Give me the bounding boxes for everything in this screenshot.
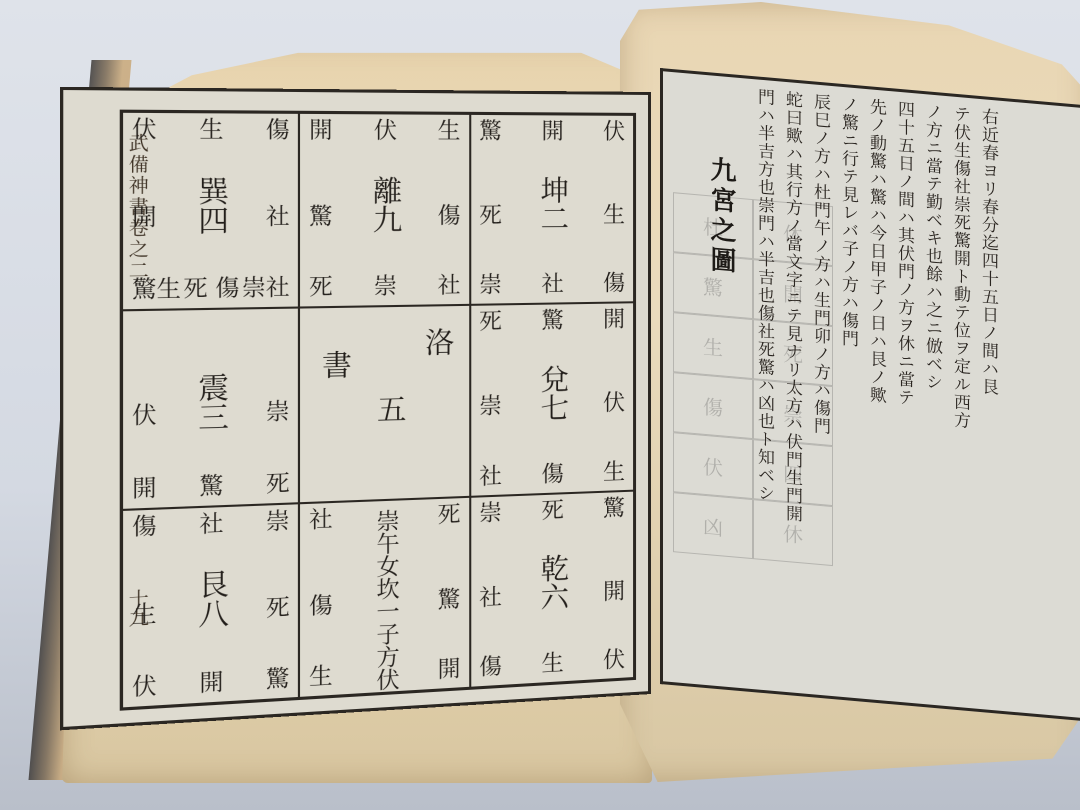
text-column: 蛇曰歟ハ其行方ノ當文字ニテ見ナリ太方ハ伏門生門開: [781, 90, 803, 682]
cell-char: 社: [309, 509, 333, 533]
cell-char: 驚: [309, 206, 333, 229]
cell-char: 傷: [266, 120, 290, 143]
palace-center: 洛 書 五: [299, 305, 470, 503]
cell-char: 開: [603, 310, 625, 332]
cell-char: 驚: [266, 668, 290, 692]
palace-qian: 崇 死 驚 社 開 乾六 傷 生 伏: [470, 490, 634, 687]
trigram-label: 乾六: [538, 553, 566, 611]
open-book: 武備神書卷之二 十九 伏 生 傷 開 社 巽四 驚生 死 傷 崇社 開 伏 生 …: [0, 0, 1080, 810]
cell-char: 驚: [199, 475, 223, 499]
ghost-char: 凶: [673, 492, 753, 559]
cell-char: 伏: [603, 393, 625, 416]
cell-char: 崇: [374, 276, 397, 299]
cell-char: 崇: [479, 275, 502, 298]
cell-char: 傷: [132, 516, 157, 540]
cell-char: 傷: [603, 274, 625, 296]
cell-char: 死: [479, 206, 502, 229]
palace-li: 開 伏 生 驚 傷 離九 死 崇 社: [299, 113, 470, 308]
cell-char: 伏: [132, 405, 157, 429]
cell-char: 驚: [438, 589, 461, 613]
text-column: 右近春ヨリ春分迄四十五日ノ間ハ艮: [977, 107, 999, 699]
cell-char: 生: [199, 120, 223, 143]
ghost-char: 傷: [673, 372, 753, 439]
cell-char: 死: [266, 473, 290, 497]
cell-char: 崇社: [242, 278, 290, 302]
cell-char: 驚生: [132, 279, 181, 303]
trigram-label: 坤二: [538, 175, 566, 232]
cell-char: 崇: [266, 402, 290, 426]
palace-kun: 驚 開 伏 死 生 坤二 崇 社 傷: [470, 114, 634, 305]
cell-char: 死: [309, 277, 333, 300]
trigram-label: 兌七: [538, 364, 566, 421]
cell-char: 社: [542, 274, 564, 297]
shu-label: 書: [322, 343, 352, 385]
cell-char: 伏: [603, 122, 625, 144]
cell-char: 社: [479, 587, 502, 611]
cell-char: 生: [603, 205, 625, 227]
text-column: ノ方ニ當テ勤ベキ也餘ハ之ニ倣ベシ: [921, 102, 943, 694]
cell-char: 驚: [479, 121, 502, 144]
cell-char: 驚: [603, 498, 625, 521]
cell-char: 開: [542, 121, 564, 143]
cell-char: 生: [309, 666, 333, 690]
five-label: 五: [377, 387, 407, 429]
cell-char: 傷: [438, 206, 461, 229]
cell-char: 社: [438, 276, 461, 299]
palace-kan: 社 死 傷 驚 崇午女坎一子方伏 生 開: [299, 496, 470, 697]
cell-char: 生: [438, 121, 461, 144]
cell-char: 開: [199, 672, 223, 697]
palace-dui: 死 驚 開 崇 伏 兌七 社 傷 生: [470, 303, 634, 497]
nine-palace-diagram-panel: 武備神書卷之二 十九 伏 生 傷 開 社 巽四 驚生 死 傷 崇社 開 伏 生 …: [60, 87, 651, 731]
cell-char: 生: [132, 603, 157, 628]
trigram-label: 震三: [196, 372, 227, 432]
text-column: 辰巳ノ方ハ杜門午ノ方ハ生門卯ノ方ハ傷門: [809, 92, 831, 684]
palace-zhen: 伏 崇 震三 開 驚 死: [122, 308, 299, 510]
text-column: 先ノ動驚ハ驚ハ今日甲子ノ日ハ艮ノ歟: [865, 97, 887, 689]
commentary-panel: 杜 休 驚 開 生 死 傷 崇 伏 四 凶 休 九宮之圖 右近春ヨリ春分迄四十五…: [660, 68, 1080, 721]
cell-char: 死: [479, 312, 502, 335]
nine-palace-grid: 伏 生 傷 開 社 巽四 驚生 死 傷 崇社 開 伏 生 驚 傷 離九 死 崇 …: [120, 110, 636, 711]
cell-char: 死 傷: [183, 278, 239, 302]
cell-char: 開: [132, 478, 157, 502]
kan-center-column: 崇午女坎一子方伏: [374, 508, 397, 691]
ghost-char: 生: [673, 312, 753, 379]
text-column: 門ハ半吉方也崇門ハ半吉也傷社死驚ハ凶也ト知ベシ: [753, 87, 775, 679]
luo-label: 洛: [425, 321, 454, 363]
cell-char: 伏: [603, 649, 625, 672]
cell-char: 崇: [266, 511, 290, 535]
cell-char: 死: [438, 504, 461, 527]
text-column: ノ驚ニ行テ見レバ子ノ方ハ傷門: [837, 94, 859, 686]
cell-char: 傷: [479, 656, 502, 680]
cell-char: 社: [199, 513, 223, 537]
cell-char: 開: [132, 207, 157, 230]
cell-char: 社: [266, 207, 290, 230]
text-column: 四十五日ノ間ハ其伏門ノ方ヲ休ニ當テ: [893, 99, 915, 691]
diagram-title: 九宮之圖: [703, 155, 740, 278]
cell-char: 死: [542, 500, 564, 523]
cell-char: 傷: [309, 595, 333, 619]
trigram-label: 巽四: [196, 175, 227, 234]
cell-char: 死: [266, 597, 290, 621]
cell-char: 開: [603, 581, 625, 604]
text-column: テ伏生傷社崇死驚開ト動テ位ヲ定ル西方: [949, 104, 971, 696]
palace-gen: 傷 社 崇 生 死 艮八 伏 開 驚: [122, 503, 299, 709]
cell-char: 驚: [542, 311, 564, 334]
cell-char: 生: [603, 462, 625, 485]
cell-char: 開: [309, 120, 333, 143]
trigram-label: 離九: [371, 175, 401, 233]
cell-char: 伏: [374, 121, 397, 144]
cell-char: 崇: [479, 502, 502, 525]
ghost-char: 伏: [673, 432, 753, 499]
cell-char: 開: [438, 659, 461, 683]
trigram-label: 艮八: [196, 569, 227, 629]
commentary-text: 右近春ヨリ春分迄四十五日ノ間ハ艮 テ伏生傷社崇死驚開ト動テ位ヲ定ル西方 ノ方ニ當…: [753, 87, 999, 699]
palace-xun: 伏 生 傷 開 社 巽四 驚生 死 傷 崇社: [122, 112, 299, 311]
cell-char: 社: [479, 466, 502, 489]
cell-char: 伏: [132, 676, 157, 701]
cell-char: 傷: [542, 464, 564, 487]
cell-char: 伏: [132, 119, 157, 142]
cell-char: 生: [542, 653, 564, 677]
cell-char: 崇: [479, 396, 502, 419]
